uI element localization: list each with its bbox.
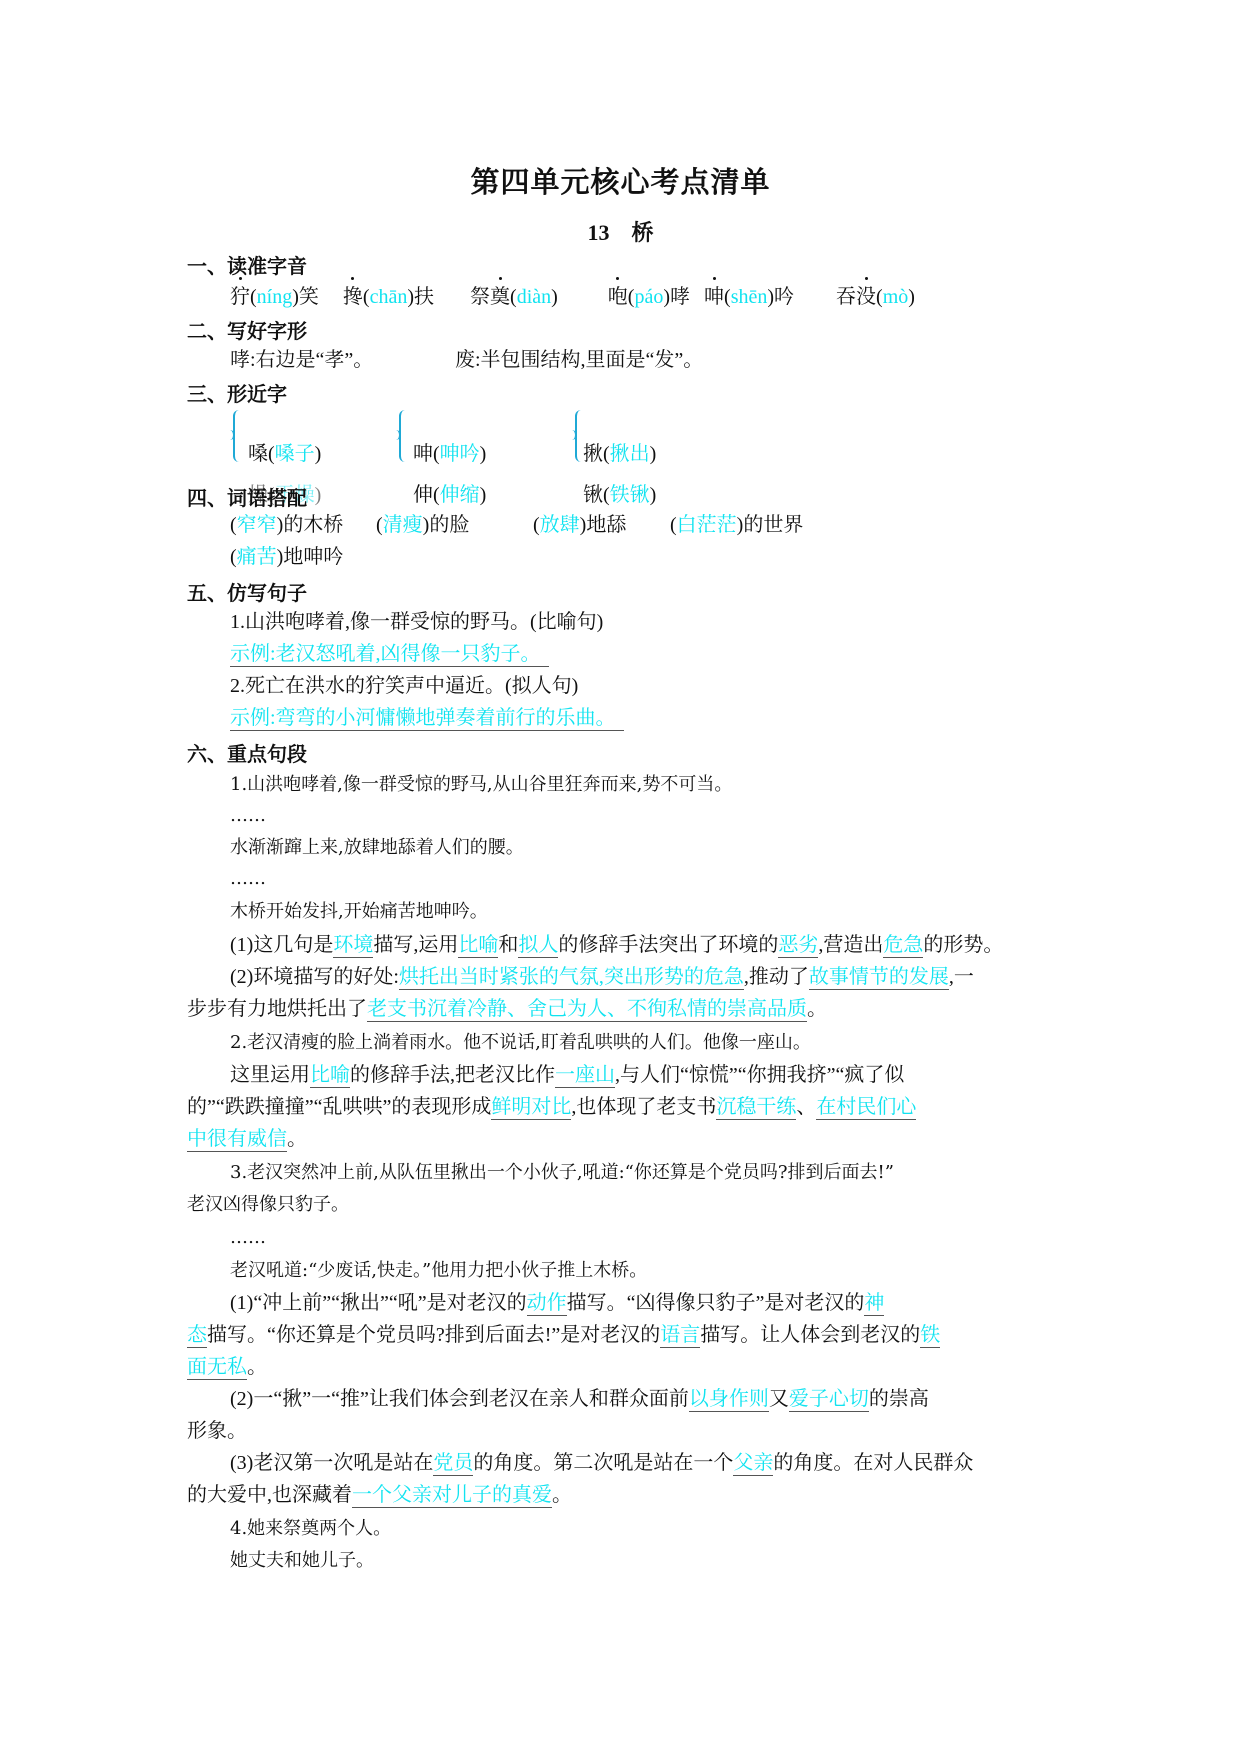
passage-quote: 3.老汉突然冲上前,从队伍里揪出一个小伙子,吼道:“你还算是个党员吗?排到后面去… (230, 1160, 894, 1186)
analysis-answer: 态描写。“你还算是个党员吗?排到后面去!”是对老汉的语言描写。让人体会到老汉的铁 (187, 1322, 940, 1348)
passage-quote: 木桥开始发抖,开始痛苦地呻吟。 (230, 899, 488, 925)
writing-note: 哮:右边是“孝”。 (230, 347, 373, 373)
passage-quote: 她丈夫和她儿子。 (230, 1548, 374, 1574)
imitation-question: 1.山洪咆哮着,像一群受惊的野马。(比喻句) (230, 609, 603, 635)
passage-quote: 4.她来祭奠两个人。 (230, 1516, 391, 1542)
analysis-answer: (2)环境描写的好处:烘托出当时紧张的气氛,突出形势的危急,推动了故事情节的发展… (230, 964, 974, 990)
brace-icon (233, 410, 245, 462)
section-heading-writing: 二、写好字形 (187, 315, 307, 344)
imitation-question: 2.死亡在洪水的狞笑声中逼近。(拟人句) (230, 673, 578, 699)
analysis-answer: (3)老汉第一次吼是站在党员的角度。第二次吼是站在一个父亲的角度。在对人民群众 (230, 1450, 973, 1476)
similar-char-top: 伸(伸缩) (413, 482, 486, 508)
similar-char-bottom: 揪(揪出) (583, 441, 656, 467)
passage-quote: 2.老汉清瘦的脸上淌着雨水。他不说话,盯着乱哄哄的人们。他像一座山。 (230, 1030, 811, 1056)
collocation-item: (窄窄)的木桥 (230, 512, 343, 538)
pronunciation-row: 狞(níng)笑 搀(chān)扶 祭奠(diàn) 咆(páo)哮 呻(shē… (230, 284, 915, 310)
imitation-answer: 示例:老汉怒吼着,凶得像一只豹子。 (230, 641, 549, 667)
ellipsis: …… (230, 1225, 266, 1251)
page-title: 第四单元核心考点清单 (0, 160, 1241, 201)
similar-char-bottom: 呻(呻吟) (413, 441, 486, 467)
section-heading-collocation: 四、词语搭配 (187, 482, 307, 511)
section-heading-pronunciation: 一、读准字音 (187, 250, 307, 279)
writing-note: 废:半包围结构,里面是“发”。 (455, 347, 703, 373)
worksheet-page: 第四单元核心考点清单 13桥 一、读准字音 狞(níng)笑 搀(chān)扶 … (0, 0, 1241, 1754)
brace-icon (399, 410, 411, 462)
ellipsis: …… (230, 866, 266, 892)
pron-item: 祭奠(diàn) (470, 286, 558, 308)
section-heading-key-passages: 六、重点句段 (187, 738, 307, 767)
collocation-item: (白茫茫)的世界 (670, 512, 803, 538)
passage-quote: 水渐渐蹿上来,放肆地舔着人们的腰。 (230, 835, 524, 861)
pron-item: 吞没(mò) (836, 286, 915, 308)
lesson-number: 13 (587, 220, 609, 245)
analysis-answer: 面无私。 (187, 1354, 267, 1380)
section-heading-imitation: 五、仿写句子 (187, 577, 307, 606)
analysis-answer: 中很有威信。 (187, 1126, 307, 1152)
passage-quote: 老汉凶得像只豹子。 (187, 1192, 349, 1218)
pron-item: 狞(níng)笑 (230, 286, 319, 308)
lesson-title: 13桥 (0, 216, 1241, 247)
ellipsis: …… (230, 803, 266, 829)
passage-quote: 老汉吼道:“少废话,快走。”他用力把小伙子推上木桥。 (230, 1258, 647, 1284)
collocation-item: (痛苦)地呻吟 (230, 544, 343, 570)
pron-item: 呻(shēn)吟 (704, 286, 794, 308)
analysis-answer: (1)这几句是环境描写,运用比喻和拟人的修辞手法突出了环境的恶劣,营造出危急的形… (230, 932, 1003, 958)
imitation-answer: 示例:弯弯的小河慵懒地弹奏着前行的乐曲。 (230, 705, 624, 731)
similar-char-top: 锹(铁锹) (583, 482, 656, 508)
section-heading-similar-chars: 三、形近字 (187, 378, 287, 407)
analysis-answer: 形象。 (187, 1418, 247, 1444)
analysis-answer: (1)“冲上前”“揪出”“吼”是对老汉的动作描写。“凶得像只豹子”是对老汉的神 (230, 1290, 884, 1316)
lesson-name: 桥 (631, 221, 653, 246)
collocation-item: (清瘦)的脸 (376, 512, 469, 538)
similar-char-bottom: 嗓(嗓子) (248, 441, 321, 467)
analysis-answer: 的”“跌跌撞撞”“乱哄哄”的表现形成鲜明对比,也体现了老支书沉稳干练、在村民们心 (187, 1094, 916, 1120)
analysis-answer: 步步有力地烘托出了老支书沉着冷静、舍己为人、不徇私情的崇高品质。 (187, 996, 827, 1022)
analysis-answer: 这里运用比喻的修辞手法,把老汉比作一座山,与人们“惊慌”“你拥我挤”“疯了似 (230, 1062, 904, 1088)
collocation-item: (放肆)地舔 (533, 512, 626, 538)
pron-item: 咆(páo)哮 (608, 286, 690, 308)
pron-item: 搀(chān)扶 (343, 286, 434, 308)
passage-quote: 1.山洪咆哮着,像一群受惊的野马,从山谷里狂奔而来,势不可当。 (230, 772, 732, 798)
analysis-answer: 的大爱中,也深藏着一个父亲对儿子的真爱。 (187, 1482, 572, 1508)
analysis-answer: (2)一“揪”一“推”让我们体会到老汉在亲人和群众面前以身作则又爱子心切的崇高 (230, 1386, 929, 1412)
